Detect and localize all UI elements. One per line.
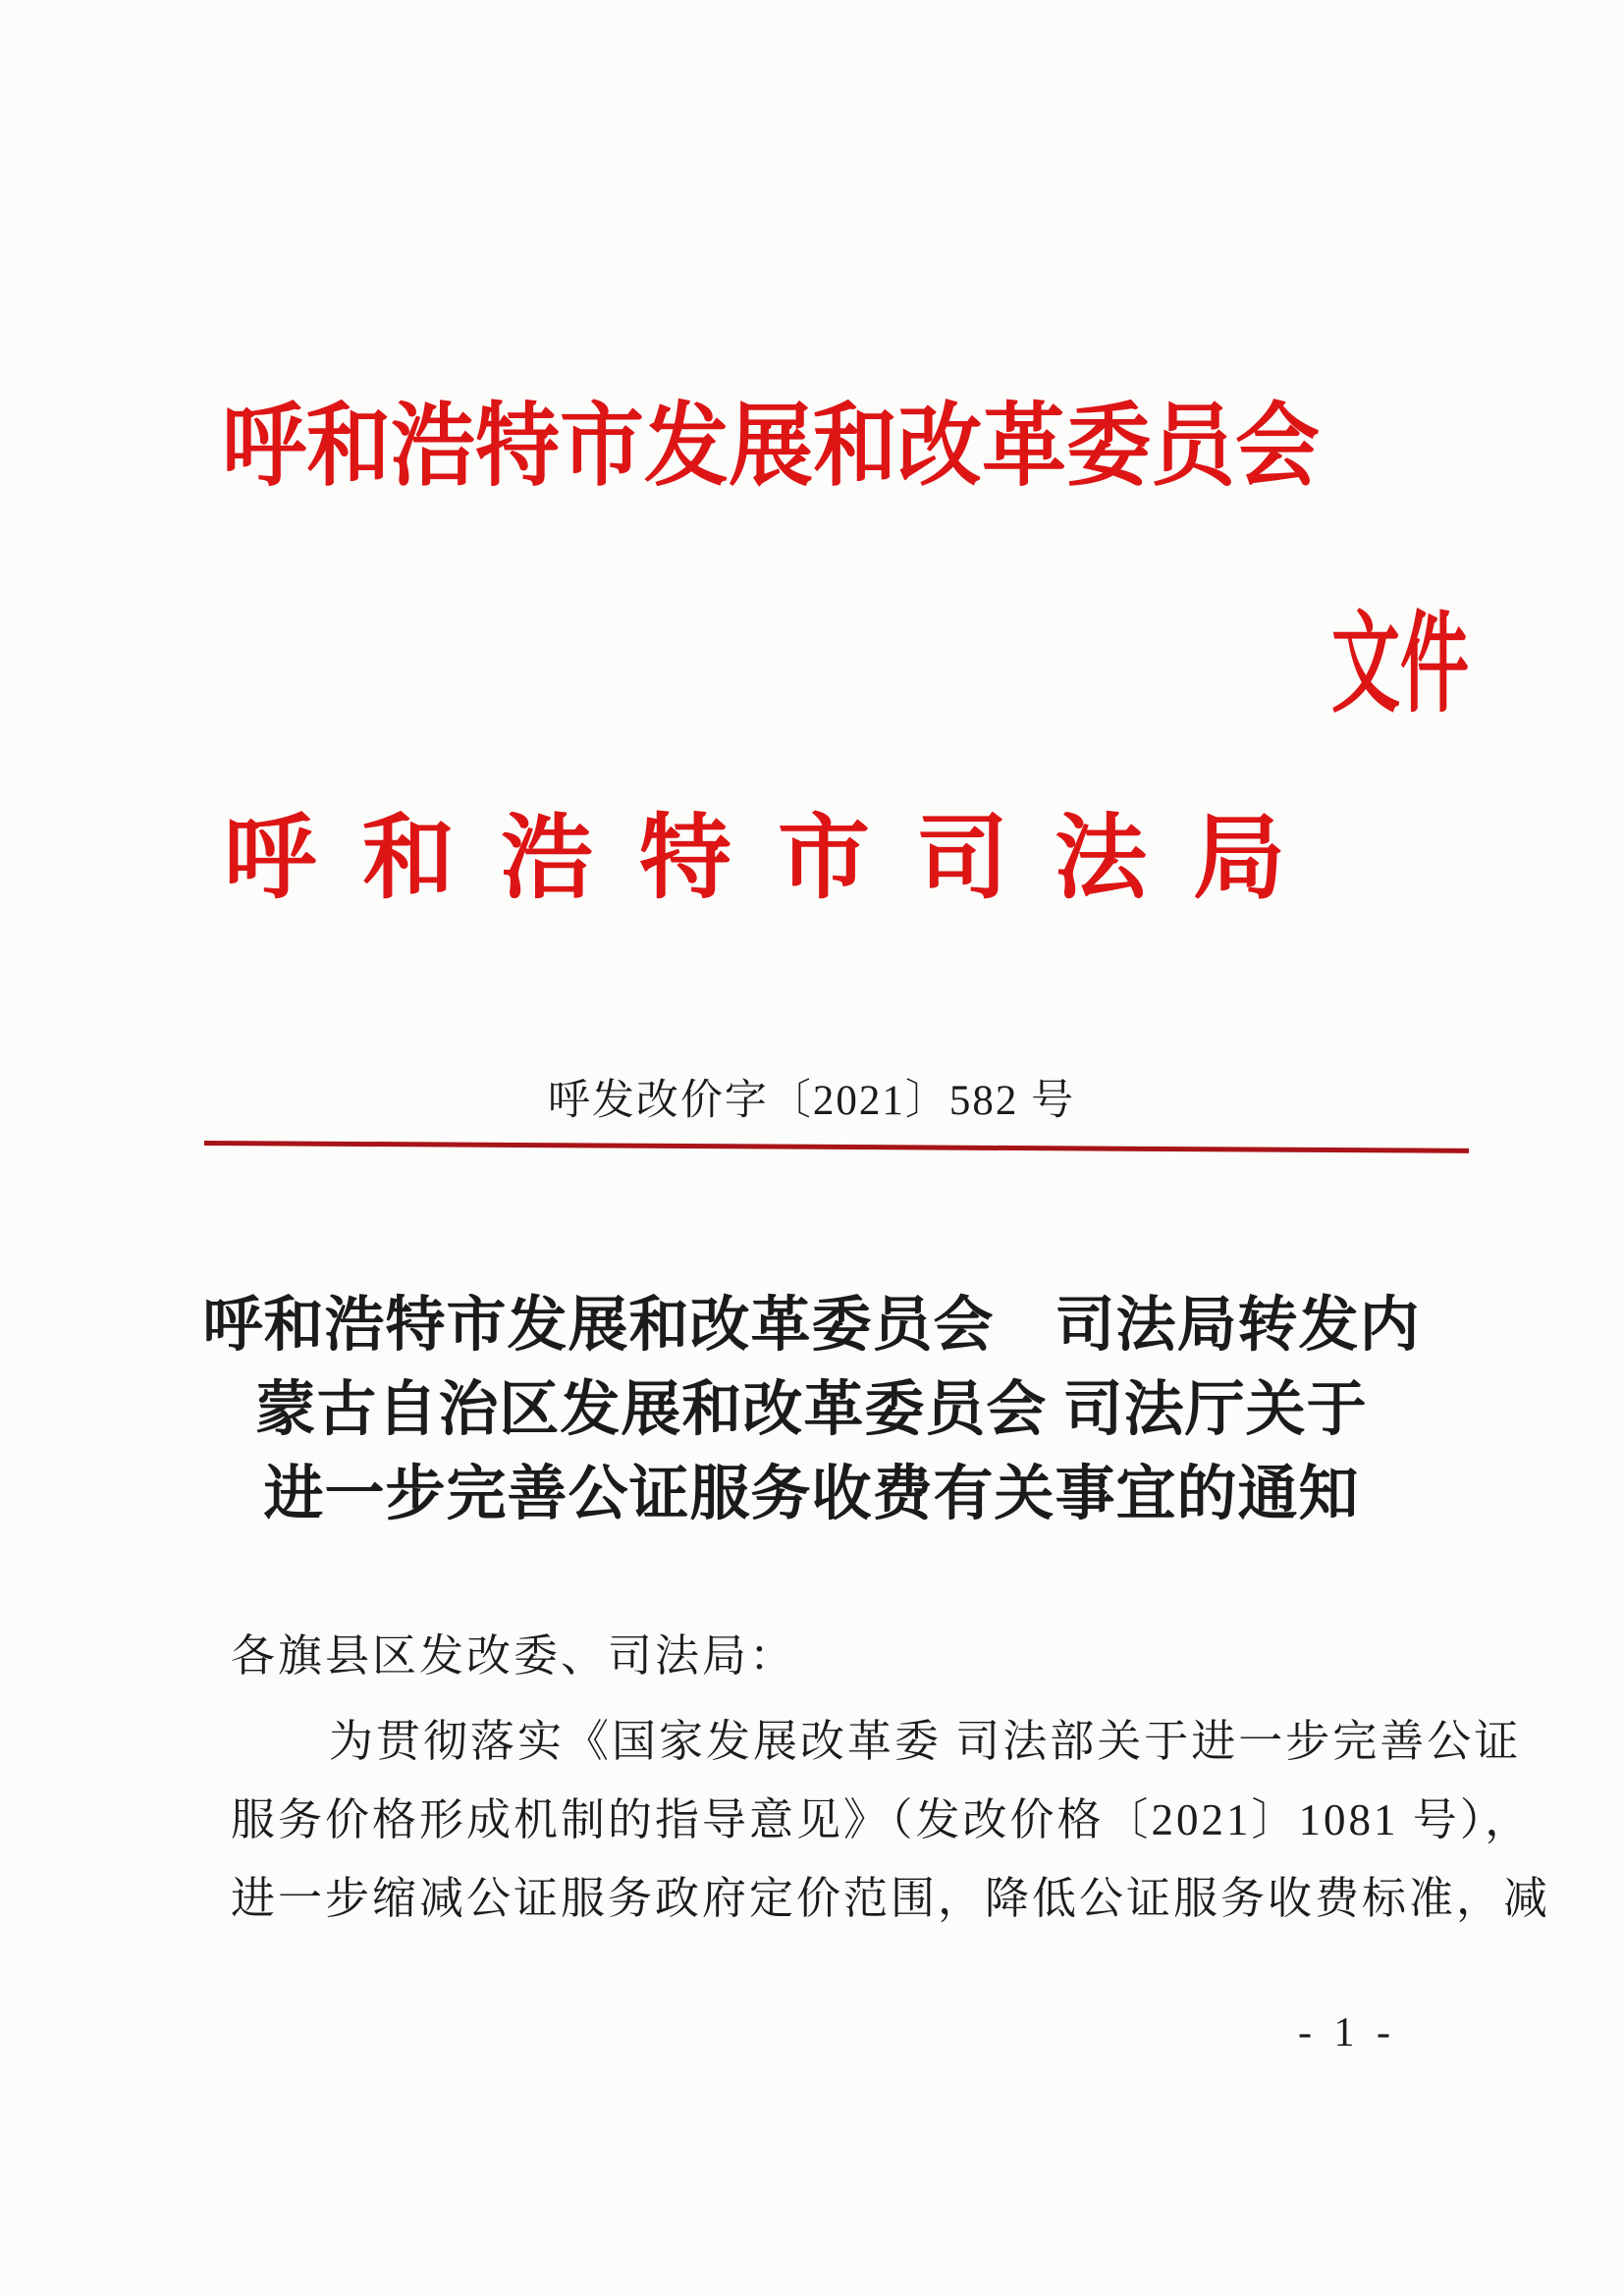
- document-page: 呼和浩特市发展和改革委员会 文件 呼和浩特市司法局 呼发改价字〔2021〕582…: [0, 0, 1623, 2296]
- document-reference-number: 呼发改价字〔2021〕582 号: [0, 1076, 1623, 1127]
- document-title-line-2: 蒙古自治区发展和改革委员会 司法厅关于: [0, 1368, 1623, 1453]
- letterhead-agency-line-1: 呼和浩特市发展和改革委员会: [222, 397, 1320, 497]
- page-number: - 1 -: [1298, 2008, 1396, 2057]
- letterhead-agency-line-2: 呼和浩特市司法局: [224, 809, 1331, 910]
- document-title-line-3: 进一步完善公证服务收费有关事宜的通知: [0, 1453, 1623, 1537]
- document-title: 呼和浩特市发展和改革委员会 司法局转发内 蒙古自治区发展和改革委员会 司法厅关于…: [0, 1284, 1623, 1537]
- salutation-line: 各旗县区发改委、司法局：: [231, 1629, 796, 1682]
- paragraph-line-2: 服务价格形成机制的指导意见》（发改价格〔2021〕1081 号），: [231, 1781, 1507, 1859]
- paragraph-line-3: 进一步缩减公证服务政府定价范围，降低公证服务收费标准，减: [231, 1859, 1507, 1938]
- letterhead-doc-type-label: 文件: [1331, 611, 1469, 720]
- body-paragraph: 为贯彻落实《国家发展改革委 司法部关于进一步完善公证 服务价格形成机制的指导意见…: [231, 1702, 1507, 1938]
- paragraph-line-1: 为贯彻落实《国家发展改革委 司法部关于进一步完善公证: [231, 1702, 1507, 1781]
- letterhead-separator-rule: [204, 1141, 1469, 1153]
- document-title-line-1: 呼和浩特市发展和改革委员会 司法局转发内: [0, 1284, 1623, 1368]
